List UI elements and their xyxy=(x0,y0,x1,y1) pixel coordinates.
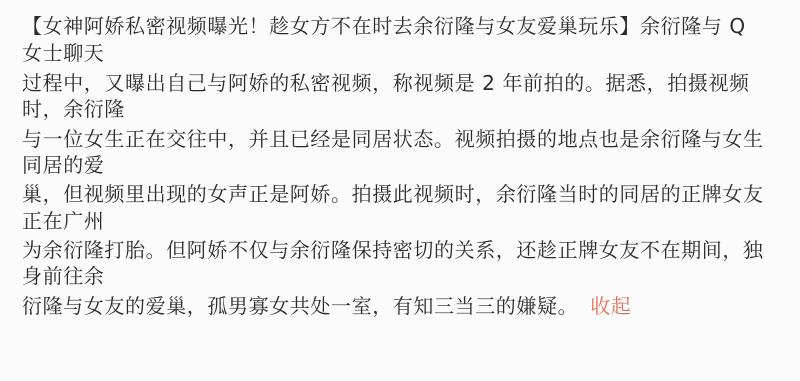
article-line-text: 衍隆与女友的爱巢，孤男寡女共处一室，有知三当三的嫌疑。 xyxy=(22,294,578,318)
article-line: 巢，但视频里出现的女声正是阿娇。拍摄此视频时，余衍隆当时的同居的正牌女友 xyxy=(22,181,764,207)
article-line: 时，余衍隆 xyxy=(22,96,125,122)
article-line: 【女神阿娇私密视频曝光！趁女方不在时去余衍隆与女友爱巢玩乐】余衍隆与 Q xyxy=(22,13,746,39)
article-line: 为余衍隆打胎。但阿娇不仅与余衍隆保持密切的关系，还趁正牌女友不在期间，独 xyxy=(22,237,764,263)
article-line: 同居的爱 xyxy=(22,152,104,178)
article-line: 与一位女生正在交往中，并且已经是同居状态。视频拍摄的地点也是余衍隆与女生 xyxy=(22,126,764,152)
article-line: 身前往余 xyxy=(22,263,104,289)
collapse-link[interactable]: 收起 xyxy=(590,294,631,318)
article-line: 过程中，又曝出自己与阿娇的私密视频，称视频是 2 年前拍的。据悉，拍摄视频 xyxy=(22,70,750,96)
article-line: 正在广州 xyxy=(22,208,104,234)
article-body: 【女神阿娇私密视频曝光！趁女方不在时去余衍隆与女友爱巢玩乐】余衍隆与 Q 女士聊… xyxy=(0,0,800,381)
article-line-last: 衍隆与女友的爱巢，孤男寡女共处一室，有知三当三的嫌疑。收起 xyxy=(22,293,631,319)
article-line: 女士聊天 xyxy=(22,40,104,66)
